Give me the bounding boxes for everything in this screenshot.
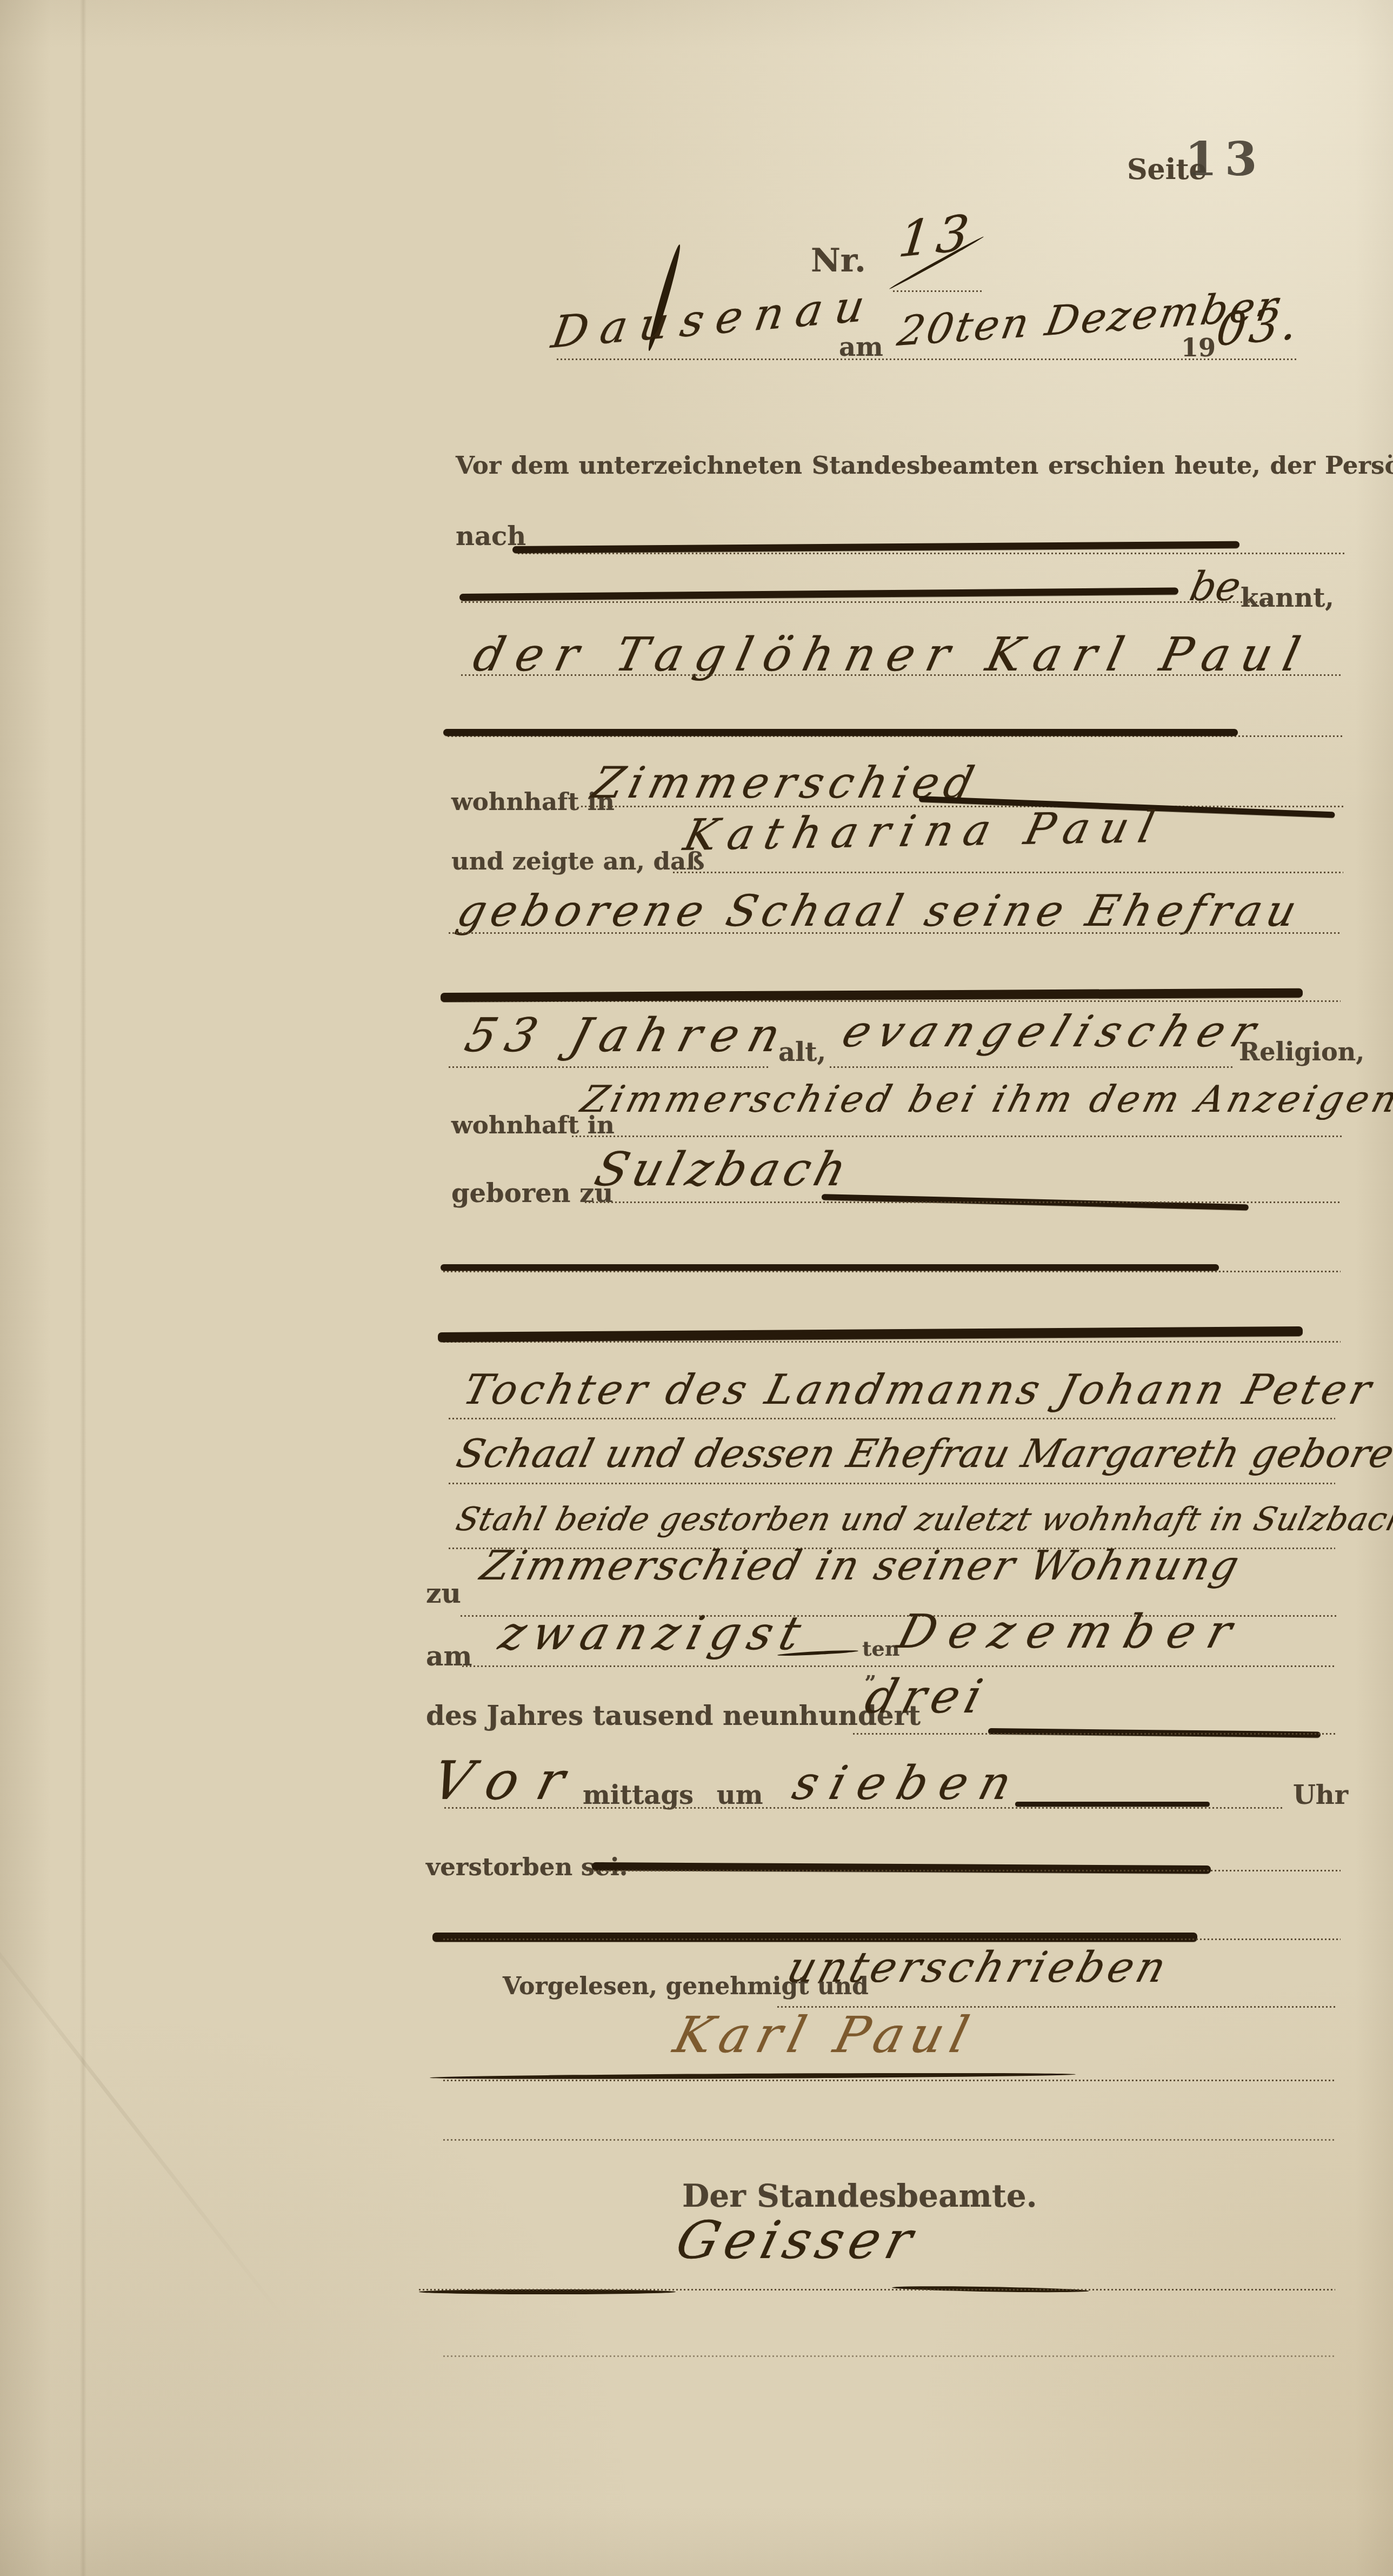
year-suffix-handwritten: 03. (1214, 300, 1303, 353)
nach-dotted-line (518, 553, 1345, 554)
parents2-dotted-line (449, 1483, 1335, 1484)
vorgelesen-handwritten: unterschrieben (783, 1947, 1174, 1989)
daytime-dotted-line (444, 1807, 1282, 1809)
death-day-dotted-line (462, 1665, 1335, 1667)
blank3-strike-line (441, 1264, 1219, 1271)
deceased-dotted-line (673, 872, 1343, 873)
declarant-signature-dotted-line (443, 2080, 1335, 2081)
death-year-label: des Jahres tausend neunhundert (426, 1702, 921, 1729)
age-dotted-line (449, 1066, 770, 1068)
section-dotted-line (443, 2139, 1335, 2141)
blank4-strike-line (438, 1326, 1303, 1342)
bekannt-handwritten-prefix: be (1187, 567, 1244, 607)
nach-strike-line (512, 541, 1239, 553)
residence2-handwritten: Zimmerschied bei ihm dem Anzeigenden (577, 1081, 1393, 1118)
registrar-signature: Geisser (671, 2214, 923, 2266)
place-handwritten: Dausenau (549, 283, 879, 355)
age-handwritten: 53 Jahren (461, 1012, 795, 1059)
religion-dotted-line (830, 1066, 1232, 1068)
deceased-name-handwritten: Katharina Paul (680, 806, 1169, 857)
nach-label: nach (456, 523, 526, 549)
religion-label: Religion, (1239, 1039, 1364, 1064)
daytime-handwritten: Vor (427, 1755, 589, 1808)
announce-label: und zeigte an, daß (451, 849, 704, 873)
declarant-signature: Karl Paul (669, 2010, 981, 2060)
separator-strike-line (432, 1933, 1197, 1942)
death-day-handwritten: zwanzigst (495, 1610, 814, 1657)
deceased-line2-handwritten: geborene Schaal seine Ehefrau (453, 889, 1306, 933)
declarant-dotted-line (461, 674, 1342, 676)
page-number-stamp: 13 (1185, 136, 1265, 183)
death-place-handwritten: Zimmerschied in seiner Wohnung (477, 1545, 1245, 1586)
bekannt-dotted-line (461, 601, 1269, 603)
nr-value-handwritten: 13 (896, 208, 977, 265)
hour-strike-line (1015, 1802, 1210, 1807)
bottom-dotted-line (443, 2355, 1335, 2357)
deceased2-dotted-line (449, 932, 1341, 934)
paper-fold-vertical (80, 0, 86, 2576)
parents1-dotted-line (449, 1418, 1335, 1419)
religion-handwritten: evangelischer (837, 1010, 1270, 1053)
year-prefix-printed: 19 (1181, 335, 1216, 360)
parents-line3-handwritten: Stahl beide gestorben und zuletzt wohnha… (453, 1503, 1393, 1536)
alt-label: alt, (778, 1039, 826, 1065)
am-label: am (839, 334, 883, 360)
death-month-handwritten: Dezember (893, 1609, 1250, 1655)
death-place-label: zu (426, 1580, 461, 1607)
born-dotted-line (585, 1201, 1342, 1203)
death-year-dotted-line (853, 1733, 1337, 1735)
parents-line1-handwritten: Tochter des Landmanns Johann Peter (459, 1369, 1379, 1410)
paper-fold-diagonal (0, 1850, 286, 2321)
blank3-dotted-line (443, 1271, 1341, 1272)
uhr-label: Uhr (1293, 1782, 1348, 1808)
bekannt-strike-line (459, 587, 1178, 601)
hour-handwritten: sieben (788, 1760, 1029, 1807)
daytime-label: mittags um (583, 1782, 763, 1808)
blank1-strike-line (443, 729, 1238, 736)
registrar-dotted-line (419, 2289, 1335, 2290)
born-handwritten: Sulzbach (590, 1146, 856, 1193)
residence2-dotted-line (572, 1136, 1342, 1137)
registrar-title: Der Standesbeamte. (682, 2180, 1037, 2212)
parents-line2-handwritten: Schaal und dessen Ehefrau Margareth gebo… (453, 1434, 1393, 1473)
closing-dotted-line (586, 1870, 1341, 1871)
declarant-signature-line (430, 2072, 1076, 2080)
nr-label: Nr. (811, 244, 866, 277)
declarant-handwritten: der Taglöhner Karl Paul (469, 632, 1316, 678)
separator-dotted-line (443, 1938, 1341, 1940)
bekannt-printed-suffix: kannt, (1241, 585, 1334, 611)
closing-strike-line (592, 1862, 1211, 1874)
nr-dotted-line (893, 290, 982, 292)
death-year-handwritten: drei (861, 1674, 994, 1720)
blank4-dotted-line (443, 1341, 1341, 1343)
registry-document-page: Seite 13 Nr. 13 Dausenau am 20ten Dezemb… (0, 0, 1393, 2576)
intro-line: Vor dem unterzeichneten Standesbeamten e… (456, 453, 1393, 477)
